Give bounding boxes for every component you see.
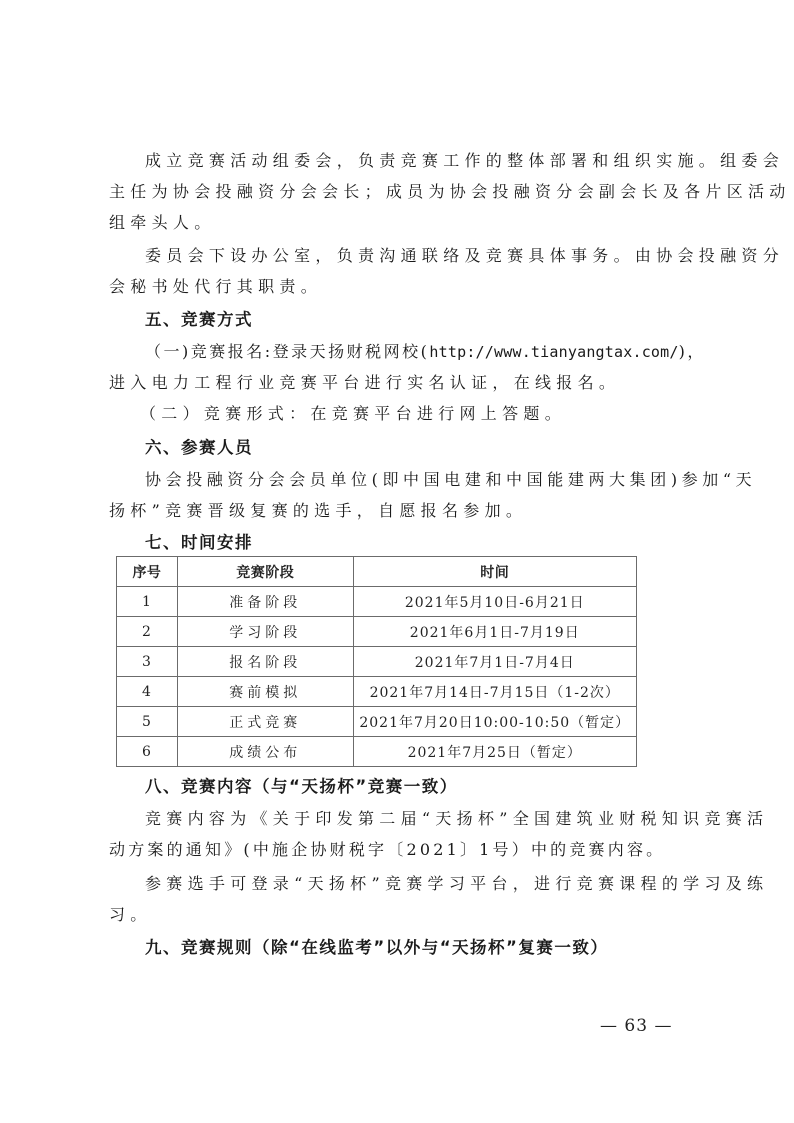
cell-stage: 学习阶段 (177, 617, 353, 647)
schedule-table: 序号 竞赛阶段 时间 1 准备阶段 2021年5月10日-6月21日 2 学习阶… (116, 556, 637, 767)
cell-stage: 成绩公布 (177, 737, 353, 767)
registration-text: （一)竞赛报名:登录天扬财税网校( (145, 342, 429, 361)
cell-time: 2021年7月25日（暂定） (353, 737, 636, 767)
section-heading-6: 六、参赛人员 (145, 437, 253, 459)
website-link[interactable]: http://www.tianyangtax.com/ (429, 343, 678, 361)
cell-time: 2021年7月20日10:00-10:50（暂定） (353, 707, 636, 737)
table-row: 3 报名阶段 2021年7月1日-7月4日 (117, 647, 637, 677)
registration-text-end: )， (679, 342, 706, 361)
page-number: — 63 — (600, 1016, 672, 1036)
paragraph-line: 协会投融资分会会员单位(即中国电建和中国能建两大集团)参加“天 (145, 469, 745, 491)
cell-no: 1 (117, 587, 178, 617)
paragraph-line: 习。 (109, 904, 709, 926)
section-heading-7: 七、时间安排 (145, 532, 253, 554)
cell-stage: 报名阶段 (177, 647, 353, 677)
table-row: 2 学习阶段 2021年6月1日-7月19日 (117, 617, 637, 647)
paragraph-line: 动方案的通知》(中施企协财税字〔2021〕1号）中的竞赛内容。 (109, 839, 709, 861)
cell-stage: 准备阶段 (177, 587, 353, 617)
paragraph-line: 进入电力工程行业竞赛平台进行实名认证，在线报名。 (109, 372, 709, 394)
table-row: 6 成绩公布 2021年7月25日（暂定） (117, 737, 637, 767)
cell-no: 2 (117, 617, 178, 647)
section-heading-8: 八、竞赛内容（与“天扬杯”竞赛一致） (145, 776, 458, 798)
paragraph-line: 委员会下设办公室，负责沟通联络及竞赛具体事务。由协会投融资分 (145, 245, 745, 267)
paragraph-line: 竞赛内容为《关于印发第二届“天扬杯”全国建筑业财税知识竞赛活 (145, 808, 745, 830)
paragraph-line: （一)竞赛报名:登录天扬财税网校(http://www.tianyangtax.… (145, 341, 745, 363)
cell-no: 6 (117, 737, 178, 767)
section-heading-9: 九、竞赛规则（除“在线监考”以外与“天扬杯”复赛一致） (145, 937, 608, 959)
cell-stage: 赛前模拟 (177, 677, 353, 707)
cell-time: 2021年7月14日-7月15日（1-2次） (353, 677, 636, 707)
paragraph-line: 成立竞赛活动组委会，负责竞赛工作的整体部署和组织实施。组委会 (145, 150, 745, 172)
cell-no: 4 (117, 677, 178, 707)
cell-no: 5 (117, 707, 178, 737)
column-header-time: 时间 (353, 557, 636, 587)
table-header-row: 序号 竞赛阶段 时间 (117, 557, 637, 587)
paragraph-line: （二）竞赛形式：在竞赛平台进行网上答题。 (140, 403, 740, 425)
cell-time: 2021年6月1日-7月19日 (353, 617, 636, 647)
document-page: 成立竞赛活动组委会，负责竞赛工作的整体部署和组织实施。组委会 主任为协会投融资分… (0, 0, 794, 1123)
column-header-stage: 竞赛阶段 (177, 557, 353, 587)
paragraph-line: 参赛选手可登录“天扬杯”竞赛学习平台，进行竞赛课程的学习及练 (145, 873, 745, 895)
table-row: 1 准备阶段 2021年5月10日-6月21日 (117, 587, 637, 617)
table-row: 4 赛前模拟 2021年7月14日-7月15日（1-2次） (117, 677, 637, 707)
paragraph-line: 扬杯”竞赛晋级复赛的选手，自愿报名参加。 (109, 500, 709, 522)
section-heading-5: 五、竞赛方式 (145, 309, 253, 331)
cell-time: 2021年5月10日-6月21日 (353, 587, 636, 617)
cell-stage: 正式竞赛 (177, 707, 353, 737)
paragraph-line: 组牵头人。 (109, 212, 709, 234)
column-header-no: 序号 (117, 557, 178, 587)
cell-no: 3 (117, 647, 178, 677)
paragraph-line: 会秘书处代行其职责。 (109, 276, 709, 298)
table-row: 5 正式竞赛 2021年7月20日10:00-10:50（暂定） (117, 707, 637, 737)
cell-time: 2021年7月1日-7月4日 (353, 647, 636, 677)
paragraph-line: 主任为协会投融资分会会长；成员为协会投融资分会副会长及各片区活动 (109, 181, 709, 203)
